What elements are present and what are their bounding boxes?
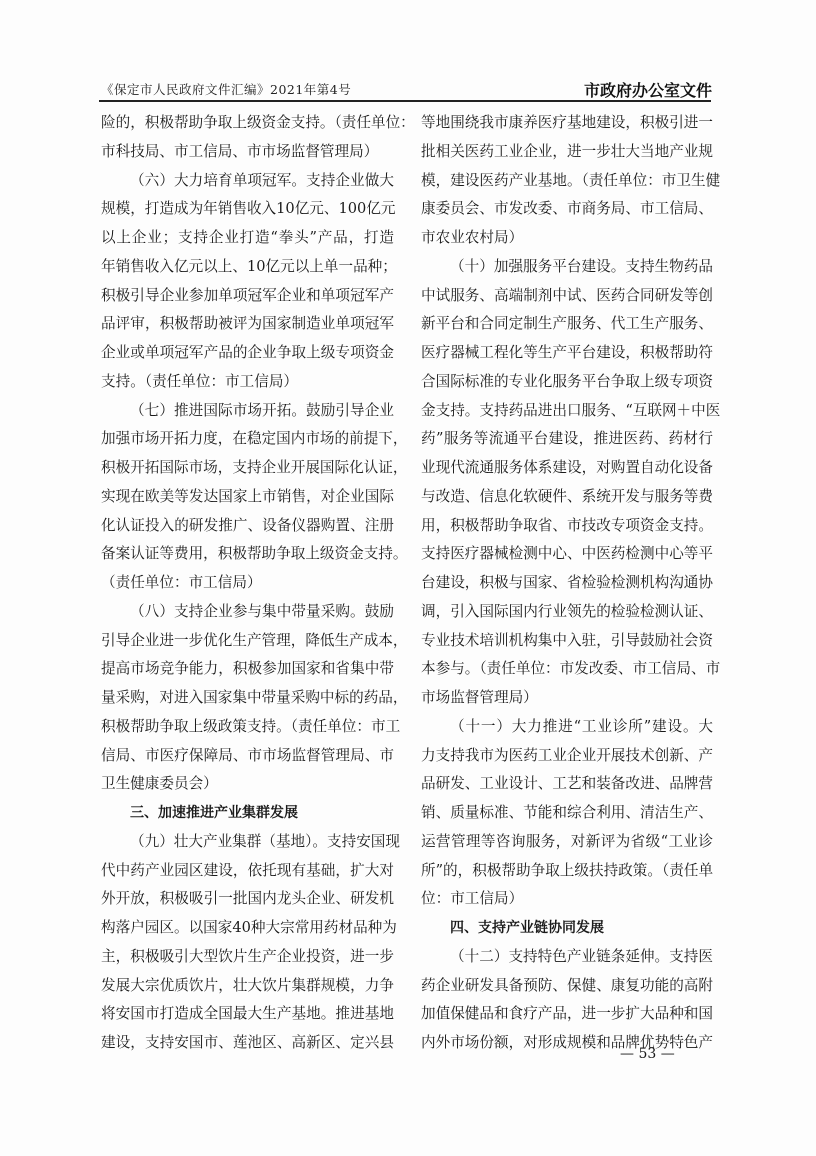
text-line: （十）加强服务平台建设。支持生物药品 (421, 253, 713, 282)
text-line: 支持。（责任单位：市工信局） (101, 368, 394, 397)
text-line: 专业技术培训机构集中入驻，引导鼓励社会资 (421, 627, 713, 656)
text-line: （十二）支持特色产业链条延伸。支持医 (421, 943, 713, 972)
text-line: 力支持我市为医药工业企业开展技术创新、产 (421, 742, 713, 771)
text-line: 市农业农村局） (421, 224, 713, 253)
text-line: 位：市工信局） (421, 885, 713, 914)
text-line: 批相关医药工业企业，进一步壮大当地产业规 (421, 138, 713, 167)
document-page: 《保定市人民政府文件汇编》2021年第4号 市政府办公室文件 险的，积极帮助争取… (0, 0, 816, 1156)
text-line: 医疗器械工程化等生产平台建设，积极帮助符 (421, 339, 713, 368)
text-line: 构落户园区。以国家40种大宗常用药材品种为 (101, 914, 394, 943)
text-line: 药企业研发具备预防、保健、康复功能的高附 (421, 972, 713, 1001)
text-line: 积极开拓国际市场，支持企业开展国际化认证， (101, 454, 394, 483)
left-text-column: 险的，积极帮助争取上级资金支持。（责任单位：市科技局、市工信局、市市场监督管理局… (101, 109, 394, 1058)
text-line: 合国际标准的专业化服务平台争取上级专项资 (421, 368, 713, 397)
text-line: 台建设，积极与国家、省检验检测机构沟通协 (421, 569, 713, 598)
text-line: （七）推进国际市场开拓。鼓励引导企业 (101, 397, 394, 426)
text-line: 新平台和合同定制生产服务、代工生产服务、 (421, 310, 713, 339)
text-line: （六）大力培育单项冠军。支持企业做大 (101, 167, 394, 196)
text-line: 等地围绕我市康养医疗基地建设，积极引进一 (421, 109, 713, 138)
text-line: （九）壮大产业集群（基地）。支持安国现 (101, 828, 394, 857)
text-line: 所”的，积极帮助争取上级扶持政策。（责任单 (421, 857, 713, 886)
text-line: 销、质量标准、节能和综合利用、清洁生产、 (421, 799, 713, 828)
text-line: 品研发、工业设计、工艺和装备改进、品牌营 (421, 770, 713, 799)
page-number: — 53 — (620, 1046, 675, 1062)
section-heading: 三、加速推进产业集群发展 (101, 799, 394, 828)
text-line: 提高市场竞争能力，积极参加国家和省集中带 (101, 655, 394, 684)
text-line: 康委员会、市发改委、市商务局、市工信局、 (421, 195, 713, 224)
text-line: 中试服务、高端制剂中试、医药合同研发等创 (421, 282, 713, 311)
text-line: 积极引导企业参加单项冠军企业和单项冠军产 (101, 282, 394, 311)
text-line: 外开放，积极吸引一批国内龙头企业、研发机 (101, 885, 394, 914)
text-line: 与改造、信息化软硬件、系统开发与服务等费 (421, 483, 713, 512)
text-line: 业现代流通服务体系建设，对购置自动化设备 (421, 454, 713, 483)
text-line: 主，积极吸引大型饮片生产企业投资，进一步 (101, 943, 394, 972)
text-line: 化认证投入的研发推广、设备仪器购置、注册 (101, 512, 394, 541)
text-line: 品评审，积极帮助被评为国家制造业单项冠军 (101, 310, 394, 339)
text-line: 量采购，对进入国家集中带量采购中标的药品， (101, 684, 394, 713)
text-line: 加值保健品和食疗产品，进一步扩大品种和国 (421, 1000, 713, 1029)
text-line: 实现在欧美等发达国家上市销售，对企业国际 (101, 483, 394, 512)
text-line: 以上企业；支持企业打造“拳头”产品，打造 (101, 224, 394, 253)
text-line: 发展大宗优质饮片，壮大饮片集群规模，力争 (101, 972, 394, 1001)
right-text-column: 等地围绕我市康养医疗基地建设，积极引进一批相关医药工业企业，进一步壮大当地产业规… (421, 109, 713, 1058)
text-line: 市场监督管理局） (421, 684, 713, 713)
text-line: 规模，打造成为年销售收入10亿元、100亿元 (101, 195, 394, 224)
text-line: 信局、市医疗保障局、市市场监督管理局、市 (101, 742, 394, 771)
text-line: 药”服务等流通平台建设，推进医药、药材行 (421, 425, 713, 454)
text-line: 引导企业进一步优化生产管理，降低生产成本， (101, 627, 394, 656)
text-line: 卫生健康委员会） (101, 770, 394, 799)
text-line: 金支持。支持药品进出口服务、“互联网＋中医 (421, 397, 713, 426)
header-rule (99, 100, 711, 102)
text-line: 险的，积极帮助争取上级资金支持。（责任单位： (101, 109, 394, 138)
text-line: 代中药产业园区建设，依托现有基础，扩大对 (101, 857, 394, 886)
text-line: 本参与。（责任单位：市发改委、市工信局、市 (421, 655, 713, 684)
header-publication-title: 《保定市人民政府文件汇编》2021年第4号 (101, 80, 351, 98)
text-line: 运营管理等咨询服务，对新评为省级“工业诊 (421, 828, 713, 857)
text-line: 企业或单项冠军产品的企业争取上级专项资金 (101, 339, 394, 368)
text-line: （责任单位：市工信局） (101, 569, 394, 598)
text-line: 将安国市打造成全国最大生产基地。推进基地 (101, 1000, 394, 1029)
text-line: 调，引入国际国内行业领先的检验检测认证、 (421, 598, 713, 627)
text-line: （八）支持企业参与集中带量采购。鼓励 (101, 598, 394, 627)
text-line: 支持医疗器械检测中心、中医药检测中心等平 (421, 540, 713, 569)
text-line: 加强市场开拓力度，在稳定国内市场的前提下， (101, 425, 394, 454)
header-section-label: 市政府办公室文件 (584, 78, 712, 101)
section-heading: 四、支持产业链协同发展 (421, 914, 713, 943)
text-line: 市科技局、市工信局、市市场监督管理局） (101, 138, 394, 167)
text-line: 备案认证等费用，积极帮助争取上级资金支持。 (101, 540, 394, 569)
text-line: 用，积极帮助争取省、市技改专项资金支持。 (421, 512, 713, 541)
text-line: 建设，支持安国市、莲池区、高新区、定兴县 (101, 1029, 394, 1058)
text-line: （十一）大力推进“工业诊所”建设。大 (421, 713, 713, 742)
text-line: 年销售收入亿元以上、10亿元以上单一品种； (101, 253, 394, 282)
text-line: 积极帮助争取上级政策支持。（责任单位：市工 (101, 713, 394, 742)
text-line: 模，建设医药产业基地。（责任单位：市卫生健 (421, 167, 713, 196)
